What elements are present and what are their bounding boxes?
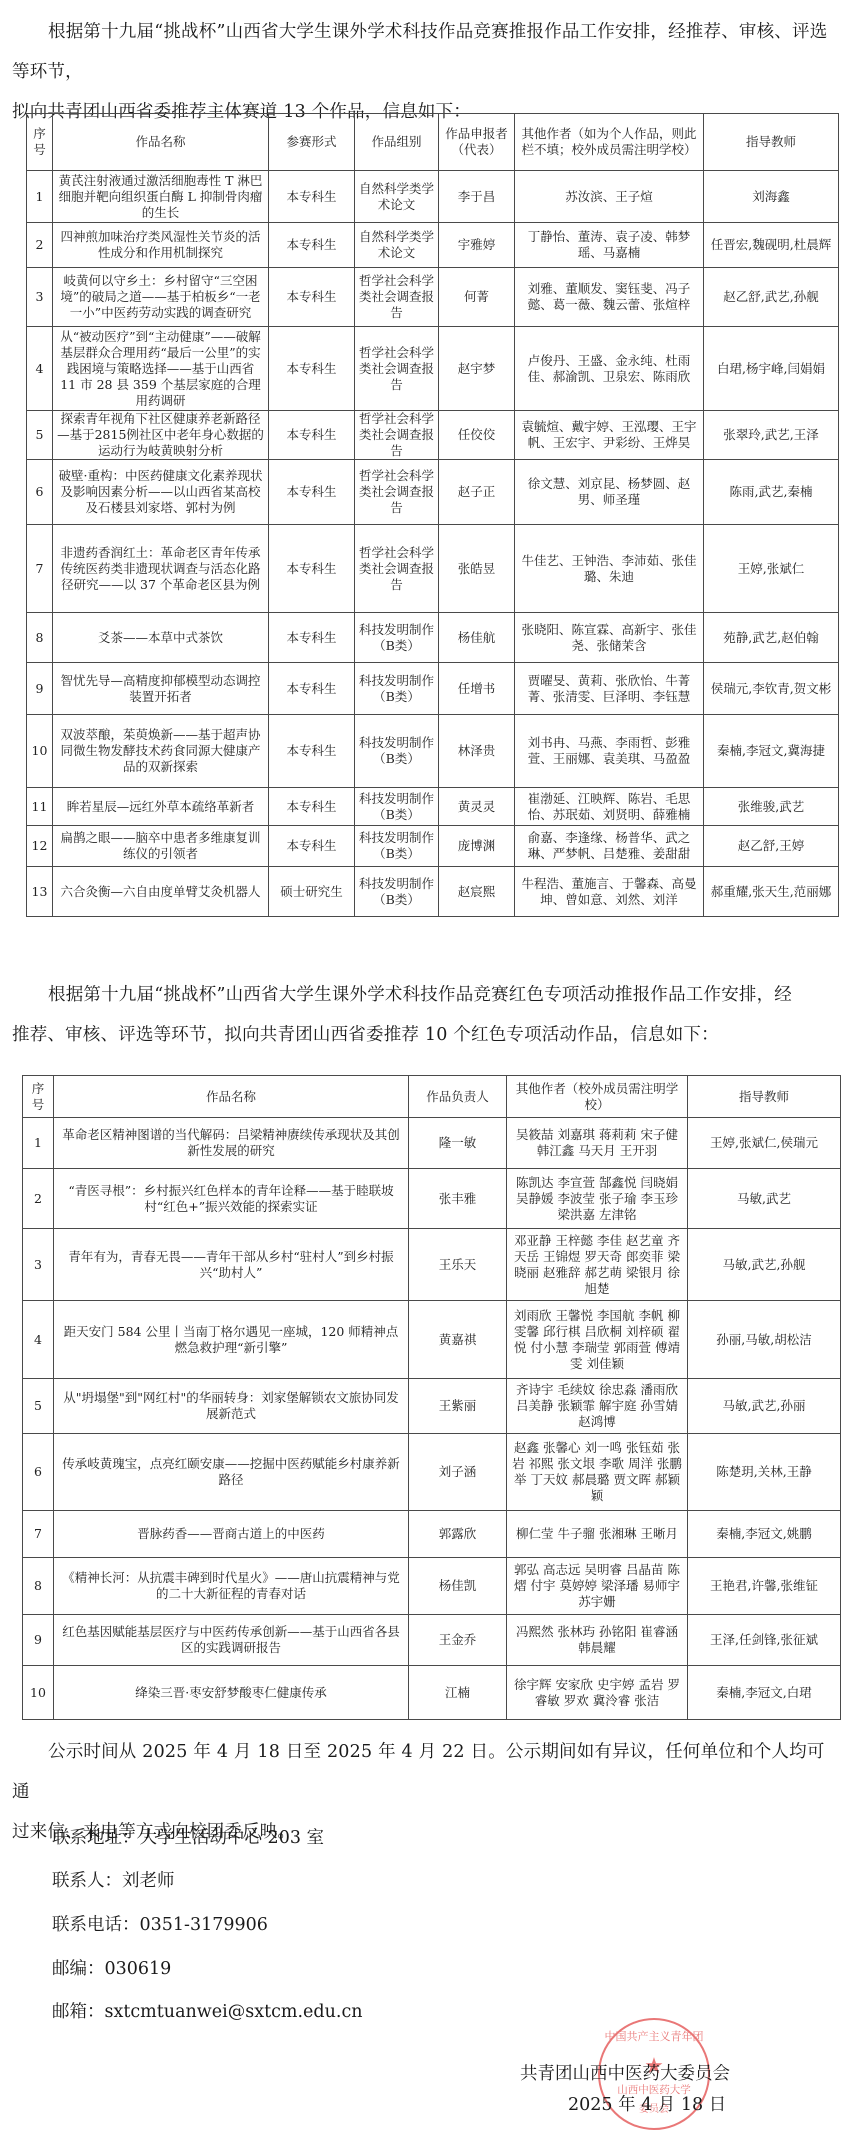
work-title: 黄芪注射液通过激活细胞毒性 T 淋巴细胞并靶向组织蛋白酶 L 抑制骨肉瘤的生长 [53, 171, 269, 223]
other-authors: 牛程浩、董施言、于馨森、高曼坤、曾如意、刘然、刘洋 [515, 867, 704, 917]
row-number: 5 [23, 1379, 54, 1434]
row-number: 2 [27, 223, 53, 268]
advisors: 侯瑞元,李钦青,贺文彬 [704, 663, 839, 715]
other-authors: 吴筱喆 刘嘉琪 蒋莉莉 宋子健 韩江鑫 马天月 王开羽 [507, 1118, 688, 1169]
entry-form: 本专科生 [269, 171, 355, 223]
other-authors: 徐宇辉 安家欣 史宇婷 孟岩 罗睿敏 罗欢 冀泠睿 张洁 [507, 1666, 688, 1720]
advisors: 秦楠,李冠文,姚鹏 [688, 1511, 841, 1558]
other-authors: 邓亚静 王梓懿 李佳 赵艺童 齐天岳 王锦煜 罗天奇 郎奕菲 梁晓丽 赵雅辞 郝… [507, 1229, 688, 1301]
work-title: 岐黄何以守乡土：乡村留守“三空困境”的破局之道——基于柏板乡“一老一小”中医药劳… [53, 268, 269, 327]
table-row: 11眸若星辰—远红外草本疏络革新者本专科生科技发明制作（B类）黄灵灵崔渤延、江映… [27, 788, 839, 826]
work-title: 传承岐黄瑰宝，点亮红颐安康——挖掘中医药赋能乡村康养新路径 [54, 1434, 409, 1511]
row-number: 6 [27, 460, 53, 525]
table-row: 8爻茶——本草中式茶饮本专科生科技发明制作（B类）杨佳航张晓阳、陈宣霖、高新宇、… [27, 613, 839, 663]
work-group: 科技发明制作（B类） [355, 613, 439, 663]
other-authors: 陈凯达 李宣萱 郜鑫悦 闫晓娟 吴静媛 李波莹 张子瑜 李玉珍 梁洪嘉 左津铭 [507, 1169, 688, 1229]
contact-address: 联系地址：大学生活动中心 203 室 [52, 1826, 324, 1850]
table-row: 1革命老区精神图谱的当代解码：吕梁精神赓续传承现状及其创新性发展的研究隆一敏吴筱… [23, 1118, 841, 1169]
entry-form: 本专科生 [269, 268, 355, 327]
other-authors: 卢俊丹、王盛、金永纯、杜雨佳、郝渝凯、卫泉宏、陈雨欣 [515, 327, 704, 411]
table-row: 6破壁·重构：中医药健康文化素养现状及影响因素分析——以山西省某高校及石楼县刘家… [27, 460, 839, 525]
header-group: 作品组别 [355, 114, 439, 171]
work-title: “青医寻根”：乡村振兴红色样本的青年诠释——基于睦联坡村“红色+”振兴效能的探索… [54, 1169, 409, 1229]
work-group: 科技发明制作（B类） [355, 826, 439, 867]
advisors: 陈雨,武艺,秦楠 [704, 460, 839, 525]
table-row: 5从"坍塌堡"到"网红村"的华丽转身：刘家堡解锁农文旅协同发展新范式王紫丽齐诗宇… [23, 1379, 841, 1434]
row-number: 8 [27, 613, 53, 663]
entry-form: 本专科生 [269, 613, 355, 663]
lead-author: 杨佳航 [439, 613, 515, 663]
signature-org: 共青团山西中医药大委员会 [520, 2062, 730, 2086]
entry-form: 本专科生 [269, 460, 355, 525]
advisors: 陈楚玥,关林,王静 [688, 1434, 841, 1511]
entry-form: 硕士研究生 [269, 867, 355, 917]
work-group: 哲学社会科学类社会调查报告 [355, 268, 439, 327]
header-lead: 作品申报者（代表） [439, 114, 515, 171]
work-title: 距天安门 584 公里丨当南丁格尔遇见一座城，120 师精神点燃急救护理“新引擎… [54, 1301, 409, 1379]
table-row: 7晋脉药香——晋商古道上的中医药郭露欣柳仁莹 牛子骝 张湘琳 王晰月秦楠,李冠文… [23, 1511, 841, 1558]
advisors: 郝重耀,张天生,范丽娜 [704, 867, 839, 917]
other-authors: 徐文慧、刘京昆、杨梦圆、赵男、师圣瑾 [515, 460, 704, 525]
lead-author: 江楠 [409, 1666, 507, 1720]
advisors: 马敏,武艺 [688, 1169, 841, 1229]
advisors: 王婷,张斌仁 [704, 525, 839, 613]
other-authors: 张晓阳、陈宣霖、高新宇、张佳尧、张储茉含 [515, 613, 704, 663]
other-authors: 苏汝滨、王子煊 [515, 171, 704, 223]
work-title: 红色基因赋能基层医疗与中医药传承创新——基于山西省各县区的实践调研报告 [54, 1615, 409, 1666]
work-title: 从"坍塌堡"到"网红村"的华丽转身：刘家堡解锁农文旅协同发展新范式 [54, 1379, 409, 1434]
intro2-line2: 推荐、审核、评选等环节，拟向共青团山西省委推荐 10 个红色专项活动作品，信息如… [12, 1025, 719, 1045]
entry-form: 本专科生 [269, 788, 355, 826]
work-group: 科技发明制作（B类） [355, 788, 439, 826]
lead-author: 隆一敏 [409, 1118, 507, 1169]
table-row: 3青年有为，青春无畏——青年干部从乡村“驻村人”到乡村振兴“助村人”王乐天邓亚静… [23, 1229, 841, 1301]
table-row: 9智忧先导—高精度抑郁模型动态调控装置开拓者本专科生科技发明制作（B类）任增书贾… [27, 663, 839, 715]
other-authors: 赵鑫 张馨心 刘一鸣 张钰茹 张岩 祁熙 张文垠 李歌 周洋 张鹏举 丁天妏 郝… [507, 1434, 688, 1511]
table-row: 9红色基因赋能基层医疗与中医药传承创新——基于山西省各县区的实践调研报告王金乔冯… [23, 1615, 841, 1666]
work-title: 探索青年视角下社区健康养老新路径—基于2815例社区中老年身心数据的运动行为岐黄… [53, 411, 269, 460]
other-authors: 丁静怡、董涛、袁子凌、韩梦瑶、马嘉楠 [515, 223, 704, 268]
header-advisor: 指导教师 [688, 1076, 841, 1118]
lead-author: 庞博渊 [439, 826, 515, 867]
row-number: 2 [23, 1169, 54, 1229]
table-row: 10绛染三晋·枣安舒梦酸枣仁健康传承江楠徐宇辉 安家欣 史宇婷 孟岩 罗睿敏 罗… [23, 1666, 841, 1720]
lead-author: 刘子涵 [409, 1434, 507, 1511]
stamp-arc-text: 中国共产主义青年团 [600, 2028, 708, 2044]
header-title: 作品名称 [53, 114, 269, 171]
row-number: 11 [27, 788, 53, 826]
table-row: 2四神煎加味治疗类风湿性关节炎的活性成分和作用机制探究本专科生自然科学类学术论文… [27, 223, 839, 268]
work-title: 眸若星辰—远红外草本疏络革新者 [53, 788, 269, 826]
lead-author: 宇雅婷 [439, 223, 515, 268]
advisors: 王泽,任剑锋,张征斌 [688, 1615, 841, 1666]
advisors: 孙丽,马敏,胡松洁 [688, 1301, 841, 1379]
row-number: 4 [27, 327, 53, 411]
table-row: 6传承岐黄瑰宝，点亮红颐安康——挖掘中医药赋能乡村康养新路径刘子涵赵鑫 张馨心 … [23, 1434, 841, 1511]
header-others: 其他作者（校外成员需注明学校） [507, 1076, 688, 1118]
contact-phone: 联系电话：0351-3179906 [52, 1913, 268, 1937]
table-row: 3岐黄何以守乡土：乡村留守“三空困境”的破局之道——基于柏板乡“一老一小”中医药… [27, 268, 839, 327]
work-title: 非遗药香润红土：革命老区青年传承传统医药类非遗现状调查与活态化路径研究——以 3… [53, 525, 269, 613]
lead-author: 何菁 [439, 268, 515, 327]
red-special-table: 序号 作品名称 作品负责人 其他作者（校外成员需注明学校） 指导教师 1革命老区… [22, 1075, 841, 1720]
other-authors: 刘雅、董顺发、窦钰斐、冯子懿、葛一薇、魏云蕾、张煊梓 [515, 268, 704, 327]
lead-author: 王金乔 [409, 1615, 507, 1666]
intro1-line1: 根据第十九届“挑战杯”山西省大学生课外学术科技作品竞赛推报作品工作安排，经推荐、… [12, 22, 827, 82]
row-number: 3 [27, 268, 53, 327]
lead-author: 张丰雅 [409, 1169, 507, 1229]
other-authors: 柳仁莹 牛子骝 张湘琳 王晰月 [507, 1511, 688, 1558]
work-group: 科技发明制作（B类） [355, 663, 439, 715]
other-authors: 齐诗宇 毛续妏 徐忠淼 潘雨欣 吕美静 张颖霏 解宇庭 孙雪婧 赵鸿博 [507, 1379, 688, 1434]
table-row: 13六合灸衡—六自由度单臂艾灸机器人硕士研究生科技发明制作（B类）赵宸熙牛程浩、… [27, 867, 839, 917]
lead-author: 任增书 [439, 663, 515, 715]
lead-author: 郭露欣 [409, 1511, 507, 1558]
advisors: 张翠玲,武艺,王泽 [704, 411, 839, 460]
work-title: 绛染三晋·枣安舒梦酸枣仁健康传承 [54, 1666, 409, 1720]
work-group: 哲学社会科学类社会调查报告 [355, 327, 439, 411]
row-number: 1 [27, 171, 53, 223]
lead-author: 李于昌 [439, 171, 515, 223]
row-number: 1 [23, 1118, 54, 1169]
lead-author: 林泽贵 [439, 715, 515, 788]
table-row: 5探索青年视角下社区健康养老新路径—基于2815例社区中老年身心数据的运动行为岐… [27, 411, 839, 460]
table-row: 7非遗药香润红土：革命老区青年传承传统医药类非遗现状调查与活态化路径研究——以 … [27, 525, 839, 613]
other-authors: 袁毓煊、戴宇婷、王泓璎、王宇帆、王宏宇、尹彩纷、王烨昊 [515, 411, 704, 460]
row-number: 13 [27, 867, 53, 917]
other-authors: 牛佳艺、王钟浩、李沛茹、张佳璐、朱迪 [515, 525, 704, 613]
row-number: 7 [27, 525, 53, 613]
row-number: 7 [23, 1511, 54, 1558]
lead-author: 赵宇梦 [439, 327, 515, 411]
advisors: 秦楠,李冠文,白珺 [688, 1666, 841, 1720]
work-title: 革命老区精神图谱的当代解码：吕梁精神赓续传承现状及其创新性发展的研究 [54, 1118, 409, 1169]
row-number: 8 [23, 1558, 54, 1615]
work-group: 科技发明制作（B类） [355, 715, 439, 788]
table-row: 8《精神长河：从抗震丰碑到时代星火》——唐山抗震精神与党的二十大新征程的青春对话… [23, 1558, 841, 1615]
row-number: 3 [23, 1229, 54, 1301]
advisors: 王婷,张斌仁,侯瑞元 [688, 1118, 841, 1169]
header-advisor: 指导教师 [704, 114, 839, 171]
notice-line1: 公示时间从 2025 年 4 月 18 日至 2025 年 4 月 22 日。公… [12, 1742, 825, 1802]
header-no: 序号 [27, 114, 53, 171]
work-title: 爻茶——本草中式茶饮 [53, 613, 269, 663]
advisors: 王艳君,许馨,张维钲 [688, 1558, 841, 1615]
advisors: 苑静,武艺,赵伯翰 [704, 613, 839, 663]
lead-author: 黄灵灵 [439, 788, 515, 826]
work-group: 哲学社会科学类社会调查报告 [355, 460, 439, 525]
contact-email: 邮箱：sxtcmtuanwei@sxtcm.edu.cn [52, 2000, 363, 2024]
advisors: 任晋宏,魏砚明,杜晨辉 [704, 223, 839, 268]
row-number: 9 [23, 1615, 54, 1666]
lead-author: 王紫丽 [409, 1379, 507, 1434]
row-number: 10 [23, 1666, 54, 1720]
other-authors: 俞嘉、李逢缘、杨普华、武之琳、严梦帆、吕楚雅、姜甜甜 [515, 826, 704, 867]
work-title: 《精神长河：从抗震丰碑到时代星火》——唐山抗震精神与党的二十大新征程的青春对话 [54, 1558, 409, 1615]
work-title: 双波萃酿，茱萸焕新——基于超声协同微生物发酵技术药食同源大健康产品的双新探索 [53, 715, 269, 788]
advisors: 刘海鑫 [704, 171, 839, 223]
table-row: 2“青医寻根”：乡村振兴红色样本的青年诠释——基于睦联坡村“红色+”振兴效能的探… [23, 1169, 841, 1229]
advisors: 秦楠,李冠文,冀海捷 [704, 715, 839, 788]
advisors: 白珺,杨宇峰,闫娟娟 [704, 327, 839, 411]
other-authors: 刘雨欣 王馨悦 李国航 李帆 柳雯馨 邱行棋 吕欣桐 刘梓硕 翟悦 付小慧 李瑞… [507, 1301, 688, 1379]
work-group: 哲学社会科学类社会调查报告 [355, 411, 439, 460]
work-group: 哲学社会科学类社会调查报告 [355, 525, 439, 613]
work-title: 四神煎加味治疗类风湿性关节炎的活性成分和作用机制探究 [53, 223, 269, 268]
lead-author: 张皓昱 [439, 525, 515, 613]
contact-postcode: 邮编：030619 [52, 1957, 171, 1981]
table-row: 1黄芪注射液通过激活细胞毒性 T 淋巴细胞并靶向组织蛋白酶 L 抑制骨肉瘤的生长… [27, 171, 839, 223]
lead-author: 王乐天 [409, 1229, 507, 1301]
table-row: 4从“被动医疗”到“主动健康”——破解基层群众合理用药“最后一公里”的实践困境与… [27, 327, 839, 411]
row-number: 9 [27, 663, 53, 715]
intro-paragraph-2: 根据第十九届“挑战杯”山西省大学生课外学术科技作品竞赛红色专项活动推报作品工作安… [12, 975, 842, 1055]
other-authors: 刘书冉、马燕、李雨哲、彭雅萱、王丽娜、袁美琪、马盈盈 [515, 715, 704, 788]
work-group: 科技发明制作（B类） [355, 867, 439, 917]
work-group: 自然科学类学术论文 [355, 171, 439, 223]
advisors: 赵乙舒,武艺,孙舰 [704, 268, 839, 327]
row-number: 5 [27, 411, 53, 460]
row-number: 12 [27, 826, 53, 867]
other-authors: 贾曜旻、黄莉、张欣怡、牛菁菁、张清雯、巨泽明、李钰慧 [515, 663, 704, 715]
entry-form: 本专科生 [269, 411, 355, 460]
header-title: 作品名称 [54, 1076, 409, 1118]
work-title: 六合灸衡—六自由度单臂艾灸机器人 [53, 867, 269, 917]
signature-date: 2025 年 4 月 18 日 [568, 2093, 726, 2117]
entry-form: 本专科生 [269, 663, 355, 715]
row-number: 6 [23, 1434, 54, 1511]
entry-form: 本专科生 [269, 223, 355, 268]
intro2-line1: 根据第十九届“挑战杯”山西省大学生课外学术科技作品竞赛红色专项活动推报作品工作安… [48, 985, 792, 1005]
work-title: 青年有为，青春无畏——青年干部从乡村“驻村人”到乡村振兴“助村人” [54, 1229, 409, 1301]
entry-form: 本专科生 [269, 525, 355, 613]
main-track-table: 序号 作品名称 参赛形式 作品组别 作品申报者（代表） 其他作者（如为个人作品，… [26, 113, 839, 917]
lead-author: 杨佳凯 [409, 1558, 507, 1615]
other-authors: 冯熙然 张林玙 孙铭阳 崔睿涵 韩晨耀 [507, 1615, 688, 1666]
work-group: 自然科学类学术论文 [355, 223, 439, 268]
table-header-row: 序号 作品名称 参赛形式 作品组别 作品申报者（代表） 其他作者（如为个人作品，… [27, 114, 839, 171]
work-title: 晋脉药香——晋商古道上的中医药 [54, 1511, 409, 1558]
entry-form: 本专科生 [269, 826, 355, 867]
lead-author: 赵宸熙 [439, 867, 515, 917]
advisors: 张维骏,武艺 [704, 788, 839, 826]
other-authors: 郭弘 高志远 吴明睿 吕晶苗 陈熠 付宇 莫婷婷 梁泽璠 易师宇 苏宇姗 [507, 1558, 688, 1615]
entry-form: 本专科生 [269, 715, 355, 788]
advisors: 赵乙舒,王婷 [704, 826, 839, 867]
other-authors: 崔渤延、江映辉、陈岩、毛思怡、苏珉茹、刘贤明、薛雅楠 [515, 788, 704, 826]
work-title: 破壁·重构：中医药健康文化素养现状及影响因素分析——以山西省某高校及石楼县刘家塔… [53, 460, 269, 525]
table-header-row: 序号 作品名称 作品负责人 其他作者（校外成员需注明学校） 指导教师 [23, 1076, 841, 1118]
table-row: 10双波萃酿，茱萸焕新——基于超声协同微生物发酵技术药食同源大健康产品的双新探索… [27, 715, 839, 788]
header-no: 序号 [23, 1076, 54, 1118]
lead-author: 任佼佼 [439, 411, 515, 460]
advisors: 马敏,武艺,孙丽 [688, 1379, 841, 1434]
advisors: 马敏,武艺,孙舰 [688, 1229, 841, 1301]
entry-form: 本专科生 [269, 327, 355, 411]
work-title: 扁鹊之眼——脑卒中患者多维康复训练仪的引领者 [53, 826, 269, 867]
table-row: 4距天安门 584 公里丨当南丁格尔遇见一座城，120 师精神点燃急救护理“新引… [23, 1301, 841, 1379]
header-form: 参赛形式 [269, 114, 355, 171]
table-row: 12扁鹊之眼——脑卒中患者多维康复训练仪的引领者本专科生科技发明制作（B类）庞博… [27, 826, 839, 867]
header-lead: 作品负责人 [409, 1076, 507, 1118]
contact-person: 联系人：刘老师 [52, 1869, 175, 1893]
lead-author: 赵子正 [439, 460, 515, 525]
row-number: 10 [27, 715, 53, 788]
header-others: 其他作者（如为个人作品，则此栏不填；校外成员需注明学校） [515, 114, 704, 171]
row-number: 4 [23, 1301, 54, 1379]
lead-author: 黄嘉祺 [409, 1301, 507, 1379]
work-title: 从“被动医疗”到“主动健康”——破解基层群众合理用药“最后一公里”的实践困境与策… [53, 327, 269, 411]
work-title: 智忧先导—高精度抑郁模型动态调控装置开拓者 [53, 663, 269, 715]
